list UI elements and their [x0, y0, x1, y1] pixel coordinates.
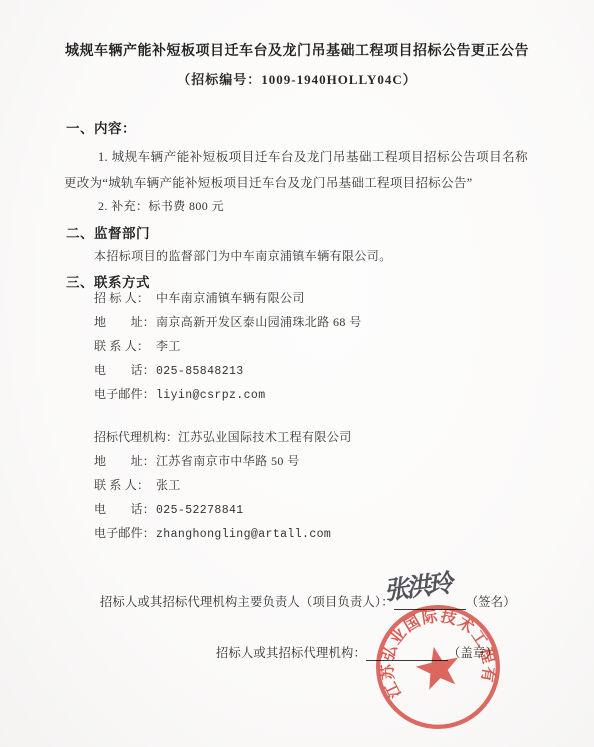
contact-email: zhanghongling@artall.com [156, 528, 331, 541]
contact-row: 电子邮件：liyin@csrpz.com [94, 385, 266, 409]
contact-value: 张工 [156, 478, 181, 492]
contact-row: 联 系 人：李工 [94, 337, 181, 361]
contact-value: 李工 [156, 339, 181, 353]
contact-label: 电子邮件： [94, 385, 156, 402]
contact-row: 地 址：江苏省南京市中华路 50 号 [94, 452, 300, 476]
contact-row: 招标代理机构：江苏弘业国际技术工程有限公司 [94, 428, 352, 452]
seal-star-icon [413, 642, 464, 691]
contact-value: 南京高新开发区泰山园浦珠北路 68 号 [156, 315, 362, 329]
contact-value: 江苏弘业国际技术工程有限公司 [178, 430, 352, 444]
contact-phone: 025-85848213 [156, 365, 244, 378]
contact-label: 联 系 人： [94, 476, 156, 493]
contact-row: 联 系 人：张工 [94, 476, 181, 500]
supervision-text: 本招标项目的监督部门为中车南京浦镇车辆有限公司。 [94, 247, 392, 264]
section-heading-content: 一、内容： [66, 117, 136, 137]
signature-label: 招标人或其招标代理机构主要负责人（项目负责人）： [100, 595, 394, 609]
scanned-document-page: 城规车辆产能补短板项目迁车台及龙门吊基础工程项目招标公告更正公告 （招标编号：1… [0, 0, 594, 747]
contact-row: 地 址：南京高新开发区泰山园浦珠北路 68 号 [94, 313, 362, 337]
contact-label: 招 标 人： [94, 289, 156, 306]
content-item-2: 2. 补充：标书费 800 元 [98, 197, 224, 214]
section-heading-contact: 三、联系方式 [66, 271, 150, 291]
contact-label: 电 话： [94, 361, 156, 378]
contact-value: 中车南京浦镇车辆有限公司 [156, 291, 305, 305]
section-heading-supervision: 二、监督部门 [66, 222, 150, 242]
contact-value: 江苏省南京市中华路 50 号 [156, 454, 300, 468]
contact-label: 地 址： [94, 452, 156, 469]
contact-label: 联 系 人： [94, 337, 156, 354]
contact-row: 电子邮件：zhanghongling@artall.com [94, 524, 331, 548]
contact-label: 电 话： [94, 500, 156, 517]
seal-label: 招标人或其招标代理机构： [216, 646, 366, 660]
contact-phone: 025-52278841 [156, 504, 244, 517]
contact-row: 招 标 人：中车南京浦镇车辆有限公司 [94, 289, 305, 313]
contact-row: 电 话：025-85848213 [94, 361, 244, 385]
contact-label: 招标代理机构： [94, 430, 178, 444]
content-item-1: 1. 城规车辆产能补短板项目迁车台及龙门吊基础工程项目招标公告项目名称更改为“城… [64, 144, 528, 196]
contact-label: 地 址： [94, 313, 156, 330]
contact-email: liyin@csrpz.com [156, 389, 266, 402]
contact-row: 电 话：025-52278841 [94, 500, 244, 524]
page-title: 城规车辆产能补短板项目迁车台及龙门吊基础工程项目招标公告更正公告 [0, 40, 594, 60]
contact-label: 电子邮件： [94, 524, 156, 541]
tender-number: （招标编号：1009-1940HOLLY04C） [0, 69, 594, 88]
company-seal-stamp: 江苏弘业国际技术工程有限公司 [372, 601, 504, 733]
